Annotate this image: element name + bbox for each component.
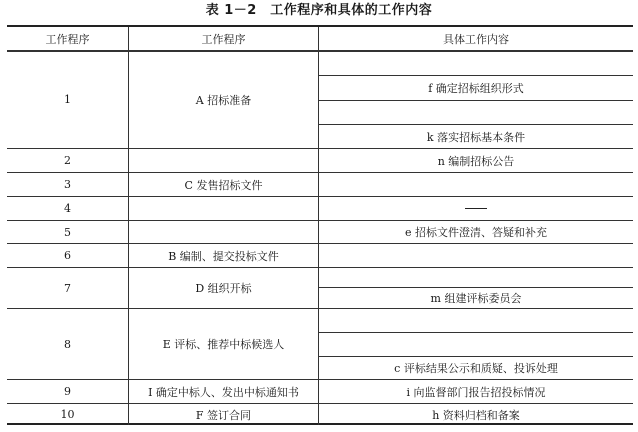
row-2-no: 2: [7, 149, 128, 172]
row-1-content-1: [319, 51, 633, 75]
header-col-content: 具体工作内容: [319, 27, 633, 50]
row-3-no: 3: [7, 173, 128, 196]
row-8-no: 8: [7, 309, 128, 379]
row-9-step: I 确定中标人、发出中标通知书: [129, 380, 318, 403]
row-6-content: [319, 244, 633, 267]
header-col-step-no: 工作程序: [7, 27, 128, 50]
row-1-content-2: f 确定招标组织形式: [319, 76, 633, 100]
row-8-step: E 评标、推荐中标候选人: [129, 309, 318, 379]
row-1-no: 1: [7, 51, 128, 148]
row-1-step: A 招标准备: [129, 51, 318, 148]
row-9-no: 9: [7, 380, 128, 403]
row-7-step: D 组织开标: [129, 268, 318, 308]
row-7-content-2: m 组建评标委员会: [319, 288, 633, 308]
row-4-content-dash: [319, 197, 633, 220]
row-10-step: F 签订合同: [129, 404, 318, 425]
row-1-content-3: [319, 101, 633, 124]
row-6-no: 6: [7, 244, 128, 267]
row-3-step: C 发售招标文件: [129, 173, 318, 196]
row-5-content: e 招标文件澄清、答疑和补充: [319, 221, 633, 243]
row-8-content-3: c 评标结果公示和质疑、投诉处理: [319, 357, 633, 379]
work-procedure-table: 工作程序 工作程序 具体工作内容 1 A 招标准备 f 确定招标组织形式 k 落…: [7, 25, 633, 425]
row-2-step: [129, 149, 318, 172]
row-7-content-1: [319, 268, 633, 287]
table-title: 表 1－2 工作程序和具体的工作内容: [0, 2, 638, 20]
row-5-step: [129, 221, 318, 243]
row-1-content-4: k 落实招标基本条件: [319, 125, 633, 148]
row-4-step: [129, 197, 318, 220]
row-6-step: B 编制、提交投标文件: [129, 244, 318, 267]
row-7-no: 7: [7, 268, 128, 308]
header-col-step: 工作程序: [129, 27, 318, 50]
row-8-content-2: [319, 333, 633, 356]
row-2-content: n 编制招标公告: [319, 149, 633, 172]
row-9-content: i 向监督部门报告招投标情况: [319, 380, 633, 403]
dash-placeholder: [465, 208, 487, 209]
row-10-content: h 资料归档和备案: [319, 404, 633, 425]
row-3-content: [319, 173, 633, 196]
row-10-no: 10: [7, 404, 128, 425]
row-5-no: 5: [7, 221, 128, 243]
row-4-no: 4: [7, 197, 128, 220]
row-8-content-1: [319, 309, 633, 332]
